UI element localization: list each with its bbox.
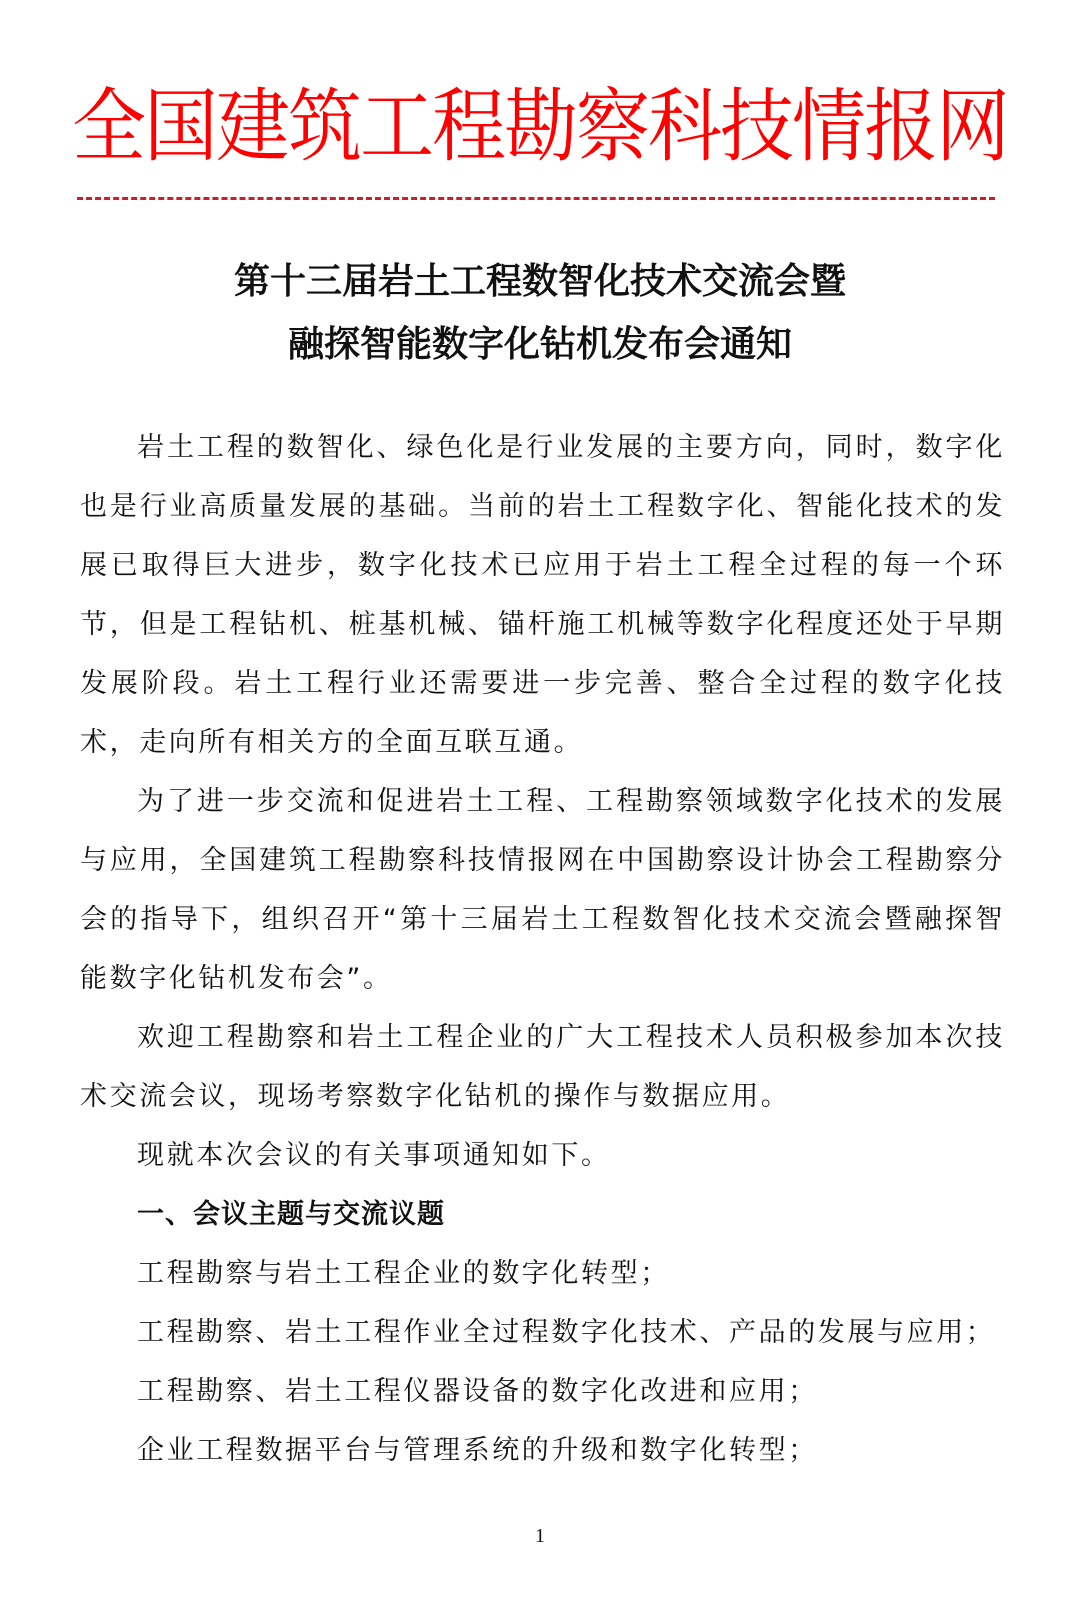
- topic-item: 工程勘察与岩土工程企业的数字化转型；: [80, 1244, 1005, 1303]
- document-title-line-1: 第十三届岩土工程数智化技术交流会暨: [0, 262, 1080, 302]
- document-title-line-2: 融探智能数字化钻机发布会通知: [0, 325, 1080, 365]
- paragraph-purpose: 为了进一步交流和促进岩土工程、工程勘察领域数字化技术的发展与应用，全国建筑工程勘…: [80, 772, 1005, 1008]
- topic-list: 工程勘察与岩土工程企业的数字化转型； 工程勘察、岩土工程作业全过程数字化技术、产…: [80, 1244, 1005, 1480]
- topic-item: 工程勘察、岩土工程仪器设备的数字化改进和应用；: [80, 1362, 1005, 1421]
- page-number: 1: [0, 1524, 1080, 1548]
- paragraph-intro: 岩土工程的数智化、绿色化是行业发展的主要方向，同时，数字化也是行业高质量发展的基…: [80, 418, 1005, 772]
- paragraph-notice: 现就本次会议的有关事项通知如下。: [80, 1126, 1005, 1185]
- masthead-dashed-divider: [77, 197, 995, 200]
- masthead-title: 全国建筑工程勘察科技情报网: [0, 78, 1080, 175]
- section-heading-topics: 一、会议主题与交流议题: [80, 1185, 1005, 1244]
- paragraph-welcome: 欢迎工程勘察和岩土工程企业的广大工程技术人员积极参加本次技术交流会议，现场考察数…: [80, 1008, 1005, 1126]
- document-body: 岩土工程的数智化、绿色化是行业发展的主要方向，同时，数字化也是行业高质量发展的基…: [80, 418, 1005, 1480]
- topic-item: 工程勘察、岩土工程作业全过程数字化技术、产品的发展与应用；: [80, 1303, 1005, 1362]
- topic-item: 企业工程数据平台与管理系统的升级和数字化转型；: [80, 1421, 1005, 1480]
